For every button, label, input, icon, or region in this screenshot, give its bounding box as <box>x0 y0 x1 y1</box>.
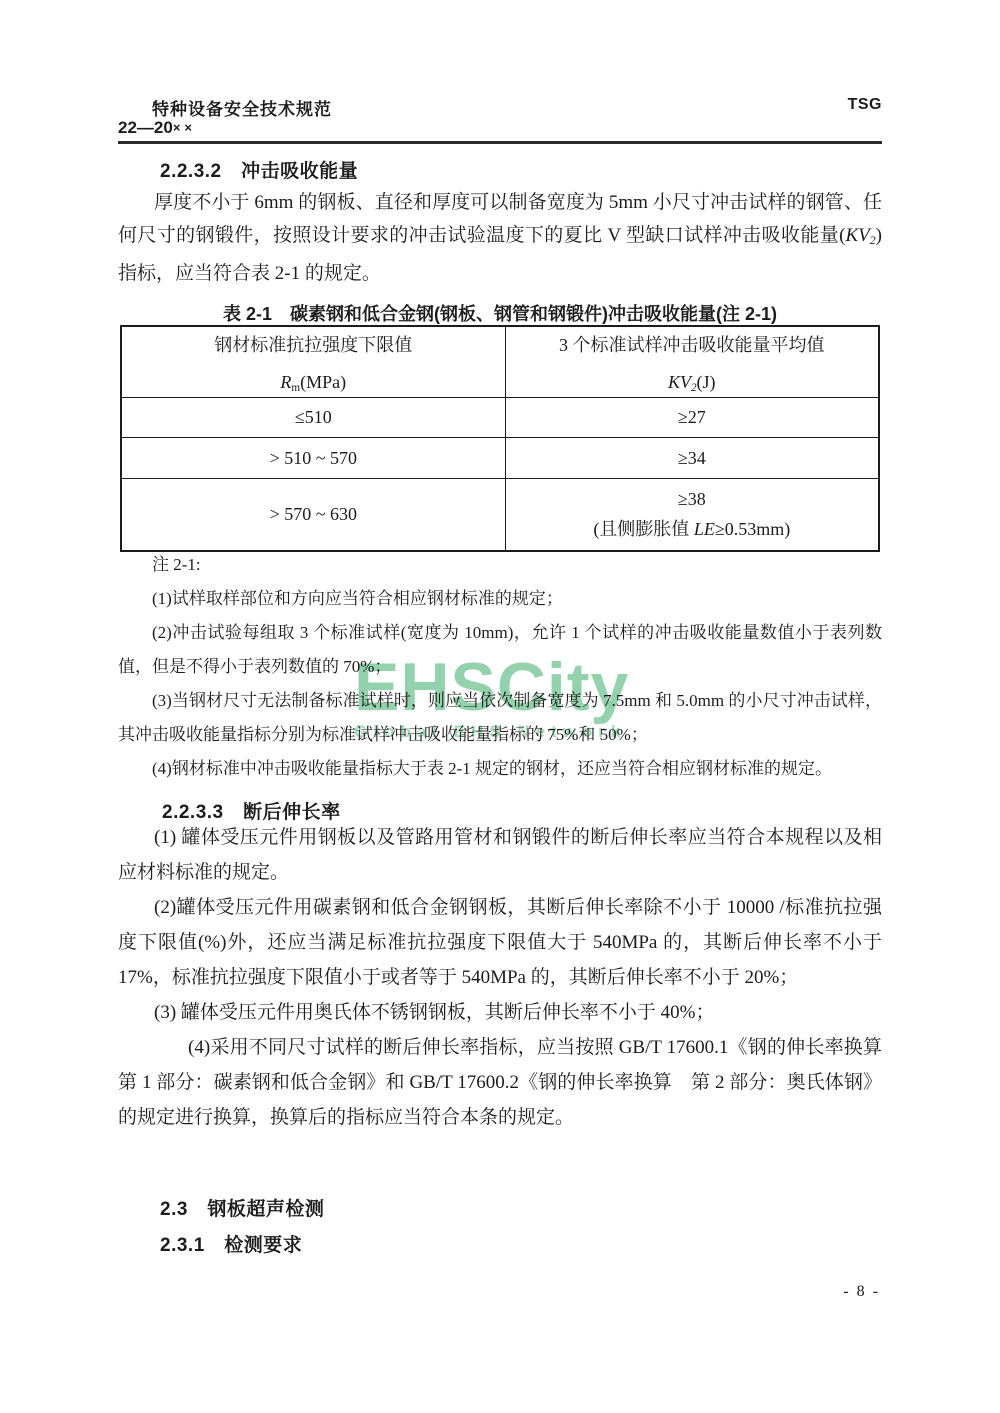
paragraph-impact-energy: 厚度不小于 6mm 的钢板、直径和厚度可以制备宽度为 5mm 小尺寸冲击试样的钢… <box>118 186 882 290</box>
elongation-item-4: (4)采用不同尺寸试样的断后伸长率指标，应当按照 GB/T 17600.1《钢的… <box>118 1030 882 1135</box>
impact-para-pre: 厚度不小于 6mm 的钢板、直径和厚度可以制备宽度为 5mm 小尺寸冲击试样的钢… <box>118 192 882 246</box>
impact-energy-table: 钢材标准抗拉强度下限值 Rm(MPa) 3 个标准试样冲击吸收能量平均值 KV2… <box>120 325 880 552</box>
table-row: ≤510 ≥27 <box>122 397 878 437</box>
header-rule <box>118 141 882 144</box>
paragraph-impact-energy-text: 厚度不小于 6mm 的钢板、直径和厚度可以制备宽度为 5mm 小尺寸冲击试样的钢… <box>118 186 882 290</box>
note-label: 注 2-1: <box>118 548 882 582</box>
lateral-expansion-symbol: LE <box>694 519 715 539</box>
document-page: EHSCity Global EHS Network 特种设备安全技术规范 TS… <box>0 0 1000 1413</box>
table-header-energy: 3 个标准试样冲击吸收能量平均值 KV2(J) <box>505 327 878 397</box>
elongation-item-3: (3) 罐体受压元件用奥氏体不锈钢钢板，其断后伸长率不小于 40%； <box>118 995 882 1030</box>
cell-strength-3: > 570 ~ 630 <box>122 479 505 550</box>
table-notes: 注 2-1: (1)试样取样部位和方向应当符合相应钢材标准的规定； (2)冲击试… <box>118 548 882 786</box>
header-doc-type: 特种设备安全技术规范 <box>152 95 332 120</box>
strength-symbol: R <box>280 372 291 392</box>
header-code: TSG <box>848 96 882 114</box>
strength-unit: (MPa) <box>300 372 346 392</box>
table-header-row: 钢材标准抗拉强度下限值 Rm(MPa) 3 个标准试样冲击吸收能量平均值 KV2… <box>122 327 878 397</box>
header-edition: 22—20×× <box>118 118 196 138</box>
page-number: - 8 - <box>843 1283 880 1301</box>
table-header-strength-title: 钢材标准抗拉强度下限值 <box>214 331 412 357</box>
heading-impact-energy: 2.2.3.2 冲击吸收能量 <box>160 156 358 183</box>
cell-energy-2: ≥34 <box>505 438 878 478</box>
energy-unit: (J) <box>697 372 716 392</box>
strength-subscript: m <box>291 382 300 394</box>
cell-strength-2: > 510 ~ 570 <box>122 438 505 478</box>
elongation-item-2: (2)罐体受压元件用碳素钢和低合金钢钢板，其断后伸长率除不小于 10000 /标… <box>118 890 882 995</box>
heading-ultrasonic-requirements: 2.3.1 检测要求 <box>160 1230 302 1257</box>
lateral-expansion-pre: (且侧膨胀值 <box>593 519 694 539</box>
table-header-strength-unit: Rm(MPa) <box>280 372 346 394</box>
note-item-1: (1)试样取样部位和方向应当符合相应钢材标准的规定； <box>118 582 882 616</box>
header-edition-number: 22—20 <box>118 118 173 137</box>
cell-energy-3-value: ≥38 <box>678 489 706 510</box>
note-item-4: (4)钢材标准中冲击吸收能量指标大于表 2-1 规定的钢材，还应当符合相应钢材标… <box>118 752 882 786</box>
energy-symbol: KV <box>668 372 691 392</box>
cell-energy-3: ≥38 (且侧膨胀值 LE≥0.53mm) <box>505 479 878 550</box>
table-header-energy-unit: KV2(J) <box>668 372 716 394</box>
table-header-strength: 钢材标准抗拉强度下限值 Rm(MPa) <box>122 327 505 397</box>
lateral-expansion-post: ≥0.53mm) <box>715 519 790 539</box>
table-caption: 表 2-1 碳素钢和低合金钢(钢板、钢管和钢锻件)冲击吸收能量(注 2-1) <box>118 300 882 326</box>
header-edition-placeholder: ×× <box>173 120 196 135</box>
table-row: > 570 ~ 630 ≥38 (且侧膨胀值 LE≥0.53mm) <box>122 478 878 550</box>
note-item-2: (2)冲击试验每组取 3 个标准试样(宽度为 10mm)，允许 1 个试样的冲击… <box>118 616 882 684</box>
cell-energy-3-note: (且侧膨胀值 LE≥0.53mm) <box>593 515 790 541</box>
paragraphs-elongation: (1) 罐体受压元件用钢板以及管路用管材和钢锻件的断后伸长率应当符合本规程以及相… <box>118 820 882 1135</box>
note-item-3: (3)当钢材尺寸无法制备标准试样时，则应当依次制备宽度为 7.5mm 和 5.0… <box>118 684 882 752</box>
table-header-energy-title: 3 个标准试样冲击吸收能量平均值 <box>559 331 825 357</box>
cell-energy-1: ≥27 <box>505 398 878 437</box>
elongation-item-1: (1) 罐体受压元件用钢板以及管路用管材和钢锻件的断后伸长率应当符合本规程以及相… <box>118 820 882 890</box>
table-row: > 510 ~ 570 ≥34 <box>122 437 878 478</box>
cell-strength-1: ≤510 <box>122 398 505 437</box>
impact-para-symbol: KV <box>846 225 870 246</box>
heading-ultrasonic: 2.3 钢板超声检测 <box>160 1194 324 1221</box>
